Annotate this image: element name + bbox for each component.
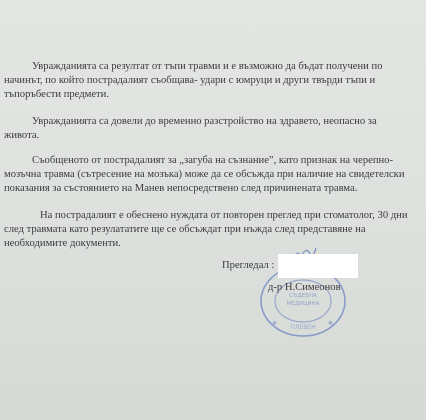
text-line: необходимите документи. — [4, 237, 422, 251]
svg-text:СЪДЕБНА: СЪДЕБНА — [289, 293, 317, 299]
text-line: след травмата като резулататите ще се об… — [4, 223, 422, 237]
text-line: тъпоръбести предмети. — [4, 88, 422, 102]
svg-text:✱: ✱ — [328, 320, 333, 327]
reviewed-by-label: Прегледал : — [222, 260, 274, 271]
text-line: живота. — [4, 129, 422, 143]
paragraph-dental-followup: На пострадалият е обеснено нуждата от по… — [4, 209, 422, 252]
paragraph-injuries-cause: Увражданията са резултат от тъпи травми … — [4, 60, 422, 103]
signer-name: д-р Н.Симеонов — [268, 282, 341, 293]
svg-text:МЕДИЦИНА: МЕДИЦИНА — [287, 301, 320, 307]
text-line: показания за състоянието на Манев непоср… — [4, 182, 422, 196]
text-line: начинът, по който пострадалият съобщава-… — [4, 74, 422, 88]
text-line: Съобщеното от пострадалият за „загуба на… — [4, 154, 422, 168]
text-line: На пострадалият е обеснено нуждата от по… — [4, 209, 422, 223]
svg-text:ПЛЕВЕН: ПЛЕВЕН — [290, 324, 315, 331]
paragraph-loss-of-consciousness: Съобщеното от пострадалият за „загуба на… — [4, 154, 422, 197]
svg-text:✱: ✱ — [272, 320, 277, 327]
text-line: Увражданията са довели до временно разст… — [4, 115, 422, 129]
text-line: мозъчна травма (сътресение на мозъка) мо… — [4, 168, 422, 182]
redacted-area — [278, 254, 358, 278]
text-line: Увражданията са резултат от тъпи травми … — [4, 60, 422, 74]
document-page: Увражданията са резултат от тъпи травми … — [0, 0, 426, 420]
paragraph-health-disorder: Увражданията са довели до временно разст… — [4, 115, 422, 143]
